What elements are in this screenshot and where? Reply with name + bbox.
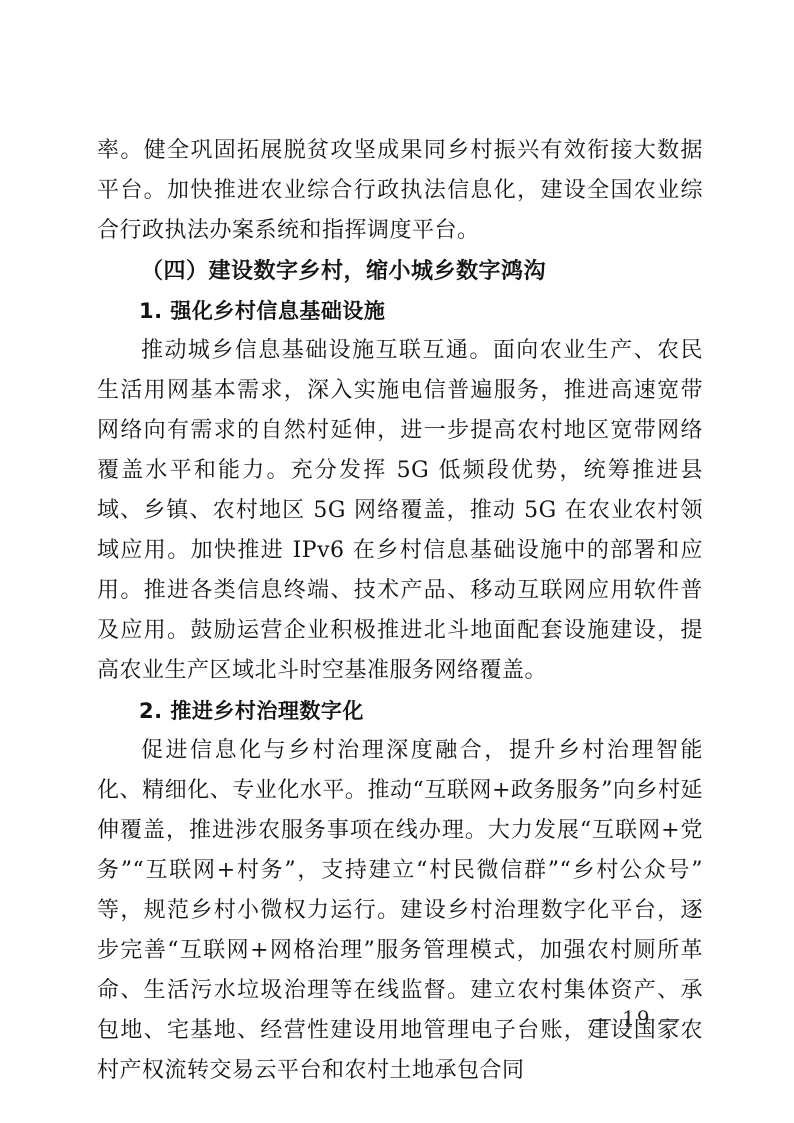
subsection-1-heading: 1. 强化乡村信息基础设施 bbox=[97, 291, 703, 331]
document-body: 率。健全巩固拓展脱贫攻坚成果同乡村振兴有效衔接大数据平台。加快推进农业综合行政执… bbox=[97, 131, 703, 1091]
paragraph-continued-from-previous-page: 率。健全巩固拓展脱贫攻坚成果同乡村振兴有效衔接大数据平台。加快推进农业综合行政执… bbox=[97, 131, 703, 251]
subsection-2-heading: 2. 推进乡村治理数字化 bbox=[97, 691, 703, 731]
subsection-1-paragraph: 推动城乡信息基础设施互联互通。面向农业生产、农民生活用网基本需求，深入实施电信普… bbox=[97, 331, 703, 691]
section-heading: （四）建设数字乡村，缩小城乡数字鸿沟 bbox=[97, 251, 703, 291]
page-number: — 19 — bbox=[592, 1003, 682, 1033]
document-page: 率。健全巩固拓展脱贫攻坚成果同乡村振兴有效衔接大数据平台。加快推进农业综合行政执… bbox=[0, 0, 794, 1123]
subsection-2-paragraph: 促进信息化与乡村治理深度融合，提升乡村治理智能化、精细化、专业化水平。推动“互联… bbox=[97, 731, 703, 1091]
